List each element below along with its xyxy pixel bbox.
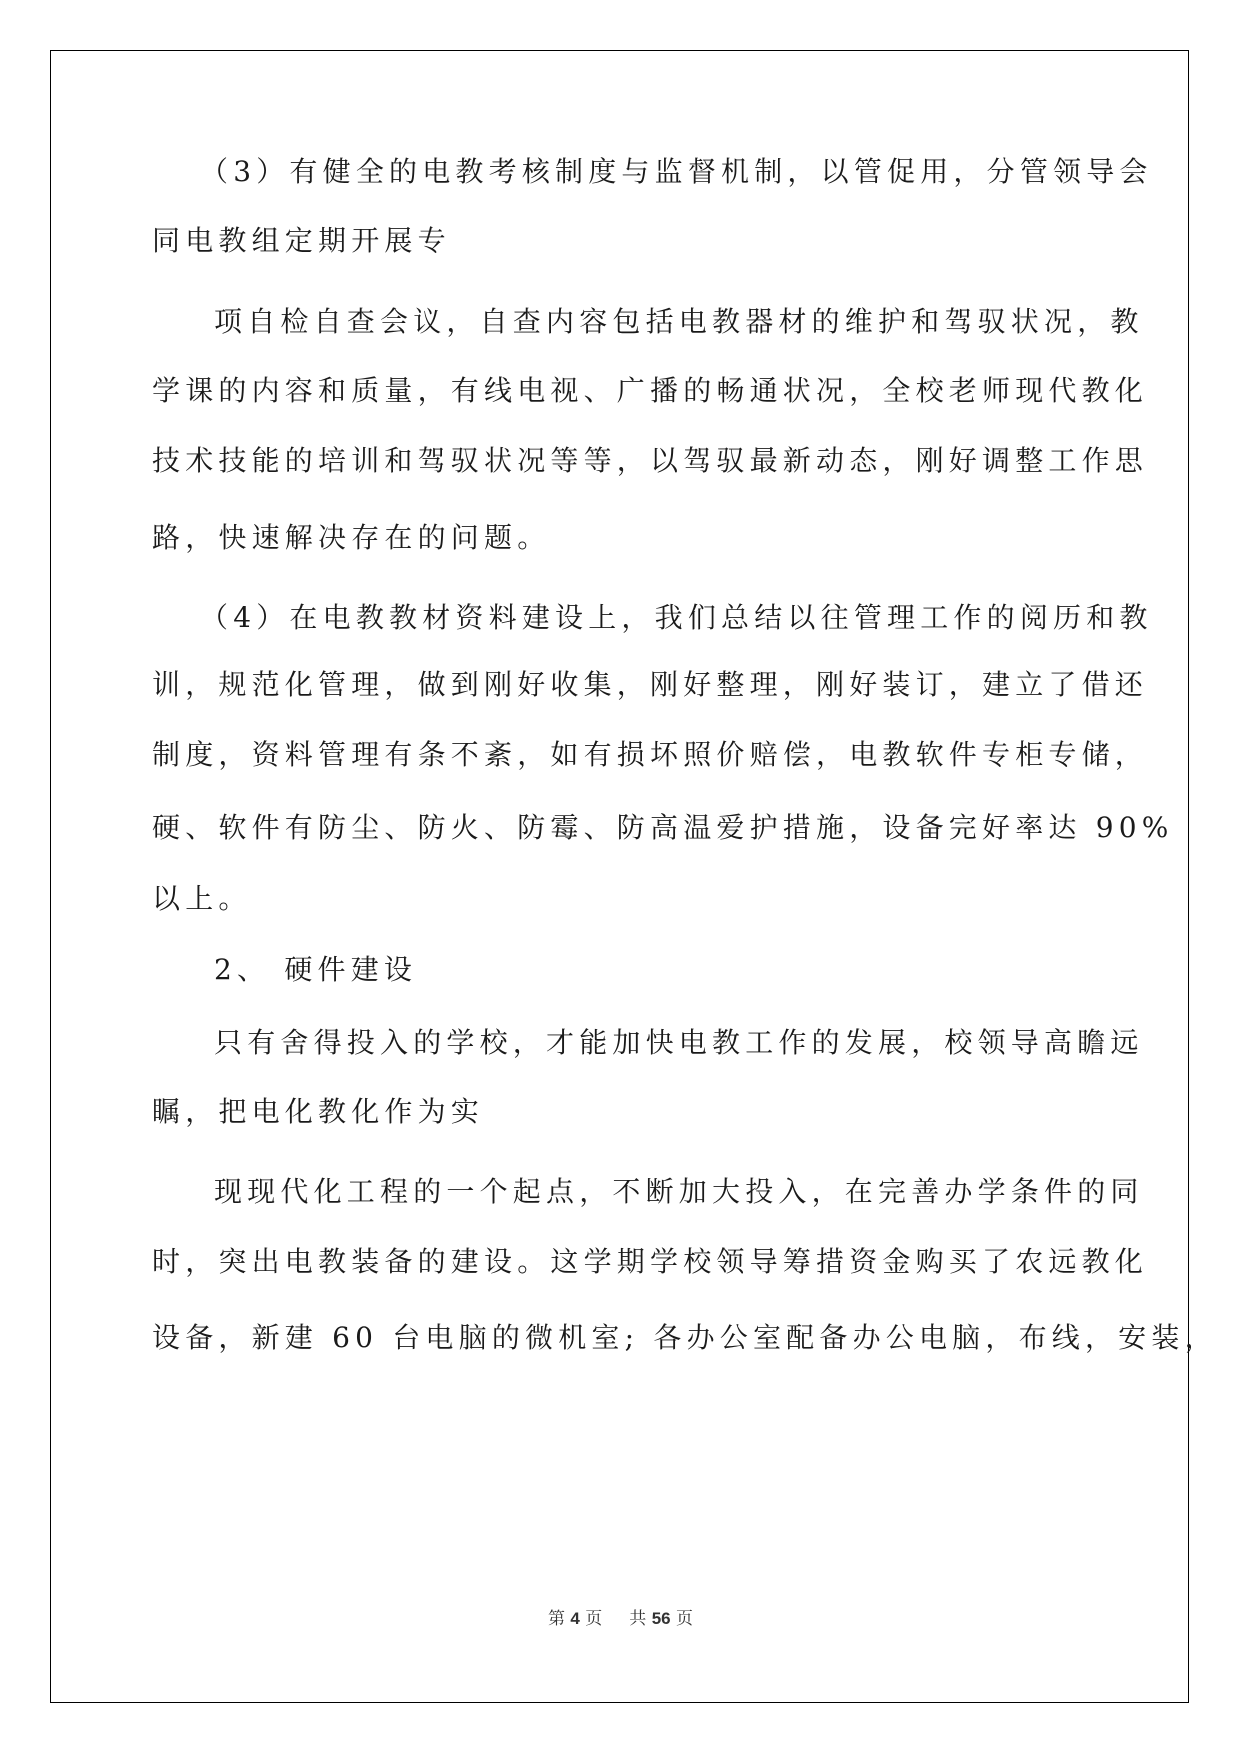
- paragraph-line: 路，快速解决存在的问题。: [152, 520, 550, 556]
- current-page-number: 4: [570, 1609, 579, 1628]
- paragraph-line: 硬、软件有防尘、防火、防霉、防高温爱护措施，设备完好率达 90%: [152, 810, 1174, 846]
- paragraph-line: 以上。: [152, 881, 252, 917]
- paragraph-line: 设备，新建 60 台电脑的微机室; 各办公室配备办公电脑，布线，安装，: [152, 1320, 1218, 1356]
- paragraph-line: 时，突出电教装备的建设。这学期学校领导筹措资金购买了农远教化: [152, 1244, 1148, 1280]
- section-heading: 2、 硬件建设: [214, 952, 417, 988]
- paragraph-line: 现现代化工程的一个起点，不断加大投入，在完善办学条件的同: [214, 1174, 1144, 1210]
- paragraph-line: 学课的内容和质量，有线电视、广播的畅通状况，全校老师现代教化: [152, 373, 1148, 409]
- footer-total-prefix: 共: [629, 1609, 646, 1629]
- footer-page-suffix: 页: [585, 1609, 602, 1629]
- paragraph-line: 瞩，把电化教化作为实: [152, 1094, 484, 1130]
- footer-prefix: 第: [548, 1609, 565, 1629]
- paragraph-line: 技术技能的培训和驾驭状况等等，以驾驭最新动态，刚好调整工作思: [152, 443, 1148, 479]
- paragraph-line: 同电教组定期开展专: [152, 223, 451, 259]
- paragraph-line: （4）在电教教材资料建设上，我们总结以往管理工作的阅历和教: [200, 600, 1153, 636]
- total-pages-number: 56: [652, 1609, 671, 1628]
- paragraph-line: 训，规范化管理，做到刚好收集，刚好整理，刚好装订，建立了借还: [152, 667, 1148, 703]
- paragraph-line: 制度，资料管理有条不紊，如有损坏照价赔偿，电教软件专柜专储，: [152, 737, 1148, 773]
- paragraph-line: （3）有健全的电教考核制度与监督机制，以管促用，分管领导会: [200, 154, 1153, 190]
- paragraph-line: 项自检自查会议，自查内容包括电教器材的维护和驾驭状况，教: [214, 304, 1144, 340]
- page-border: [50, 50, 1189, 1703]
- footer-total-suffix: 页: [676, 1609, 693, 1629]
- page-footer: 第 4 页 共 56 页: [0, 1608, 1241, 1630]
- paragraph-line: 只有舍得投入的学校，才能加快电教工作的发展，校领导高瞻远: [214, 1025, 1144, 1061]
